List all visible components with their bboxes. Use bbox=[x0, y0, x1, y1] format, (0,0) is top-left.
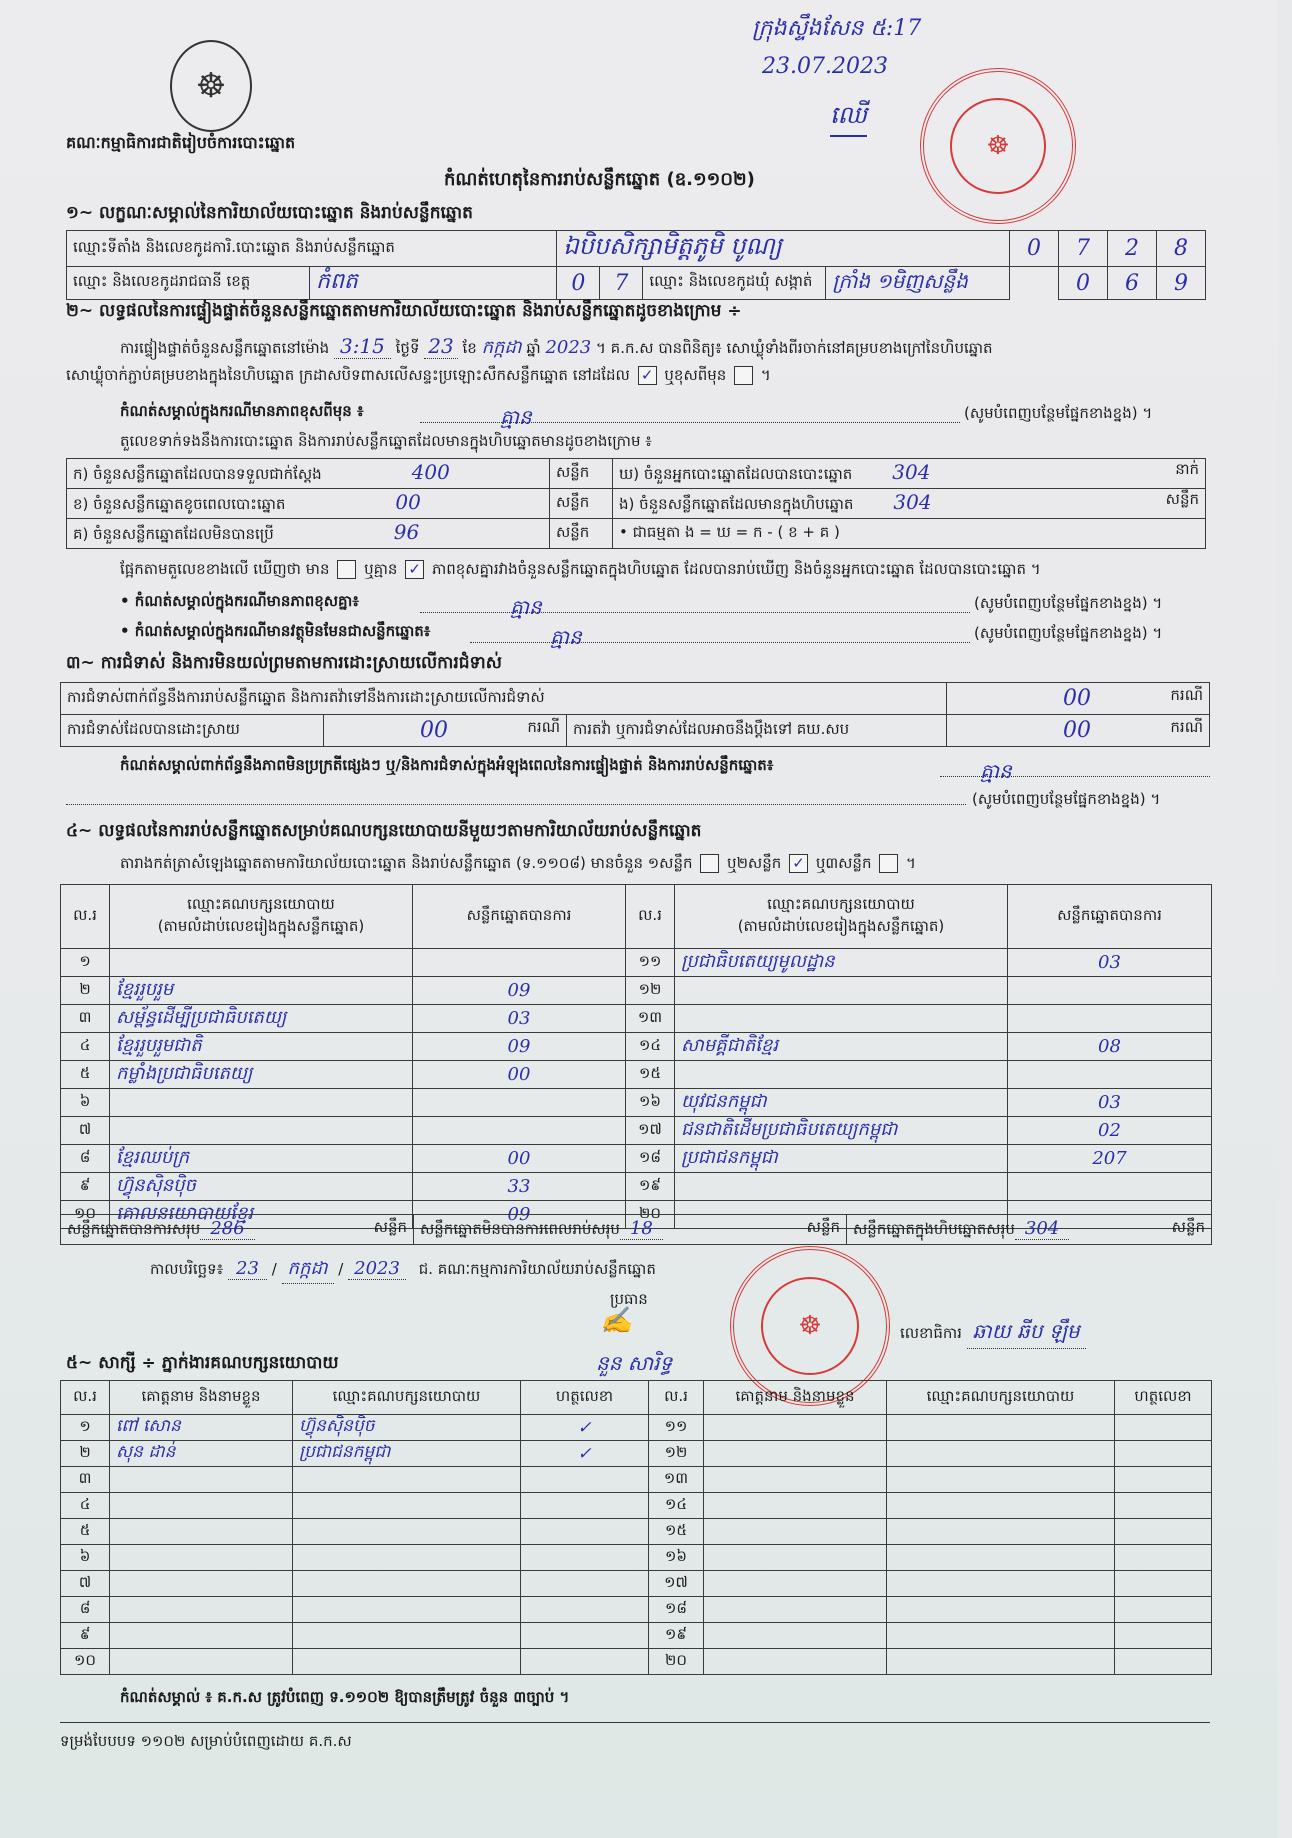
party-name[interactable] bbox=[110, 949, 413, 977]
col-party-header: ឈ្មោះគណបក្សនយោបាយ(តាមលំដាប់លេខរៀងក្នុងសន… bbox=[675, 885, 1008, 949]
party-results-table: ល.រ ឈ្មោះគណបក្សនយោបាយ(តាមលំដាប់លេខរៀងក្ន… bbox=[60, 884, 1212, 1229]
party-votes[interactable] bbox=[1008, 1005, 1212, 1033]
witness-no: ១៥ bbox=[649, 1519, 704, 1545]
witness-signature[interactable] bbox=[521, 1467, 649, 1493]
witness-party[interactable] bbox=[293, 1467, 521, 1493]
witness-col-sign: ហត្ថលេខា bbox=[1115, 1381, 1212, 1415]
station-code-digit: 8 bbox=[1157, 231, 1206, 267]
table-row: ៤១៤ bbox=[61, 1493, 1212, 1519]
resolved-cell: 00ករណី bbox=[324, 715, 567, 747]
appeal-cell: 00ករណី bbox=[947, 715, 1210, 747]
complaints-table: ការជំទាស់ពាក់ព័ន្ធនឹងការរាប់សន្លឹកឆ្នោត … bbox=[60, 682, 1210, 747]
verify-text: ថ្ងៃទី bbox=[396, 339, 420, 357]
witness-party[interactable] bbox=[887, 1467, 1115, 1493]
verification-statement: ការផ្ទៀងផ្ទាត់ចំនួនសន្លឹកឆ្នោតនៅម៉ោង 3:1… bbox=[120, 334, 1220, 362]
count-c-label: គ) ចំនួនសន្លឹកឆ្នោតដែលមិនបានប្រើ96 bbox=[67, 519, 550, 549]
party-name[interactable] bbox=[110, 1089, 413, 1117]
count-d-label: ឃ) ចំនួនអ្នកបោះឆ្នោតដែលបានបោះឆ្នោត304នាក… bbox=[613, 459, 1206, 489]
complaints-unit: ករណី bbox=[1170, 686, 1203, 708]
chair-name: នួន សារិទ្ធ bbox=[596, 1350, 672, 1380]
unchanged-checkbox[interactable]: ✓ bbox=[638, 366, 657, 385]
non-ballot-note-label: • កំណត់សម្គាល់ក្នុងករណីមានវត្ថុមិនមែនជាស… bbox=[120, 622, 430, 644]
commune-label: ឈ្មោះ និងលេខកូដឃុំ សង្កាត់ bbox=[643, 267, 826, 300]
complaints-label: ការជំទាស់ពាក់ព័ន្ធនឹងការរាប់សន្លឹកឆ្នោត … bbox=[61, 683, 947, 715]
witness-name[interactable]: សុន ដាន់ bbox=[110, 1441, 293, 1467]
three-sheets-checkbox[interactable] bbox=[879, 854, 898, 873]
party-votes[interactable]: 09 bbox=[413, 1033, 626, 1061]
no-difference-checkbox[interactable]: ✓ bbox=[405, 560, 424, 579]
witness-party[interactable] bbox=[293, 1571, 521, 1597]
complaints-value: 00 bbox=[1063, 686, 1091, 711]
witness-signature[interactable] bbox=[521, 1519, 649, 1545]
count-e-label: ង) ចំនួនសន្លឹកឆ្នោតដែលមានក្នុងហិបឆ្នោត30… bbox=[613, 489, 1206, 519]
witness-no: ៩ bbox=[61, 1623, 110, 1649]
irregularity-note-field[interactable]: គ្មាន bbox=[940, 758, 1210, 777]
witness-signature[interactable] bbox=[521, 1597, 649, 1623]
table-row: ១០២០ bbox=[61, 1649, 1212, 1675]
prior-difference-note-field[interactable]: គ្មាន bbox=[420, 404, 960, 423]
party-name[interactable] bbox=[110, 1117, 413, 1145]
witness-no: ១៣ bbox=[649, 1467, 704, 1493]
party-votes[interactable]: 09 bbox=[413, 977, 626, 1005]
party-votes[interactable]: 33 bbox=[413, 1173, 626, 1201]
witness-signature[interactable] bbox=[1115, 1493, 1212, 1519]
table-row: ៤ខ្មែររួបរួមជាតិ09១៤សាមគ្គីជាតិខ្មែរ08 bbox=[61, 1033, 1212, 1061]
commune-code-digit: 0 bbox=[1059, 267, 1108, 300]
tally-sheet-count: តារាងកត់ត្រាសំឡេងឆ្នោតតាមការិយាល័យបោះឆ្ន… bbox=[120, 854, 916, 876]
witness-no: ២០ bbox=[649, 1649, 704, 1675]
appeal-unit: ករណី bbox=[1170, 718, 1203, 740]
witness-party[interactable] bbox=[887, 1415, 1115, 1441]
difference-note-value: គ្មាន bbox=[510, 595, 542, 619]
signoff-committee: ជ. គណៈកម្មការការិយាល័យរាប់សន្លឹកឆ្នោត bbox=[419, 1260, 656, 1278]
commune-code-digit: 9 bbox=[1157, 267, 1206, 300]
table-row: ១ពៅ សោនហ៊្វុនស៊ិនប៉ិច✓១១ bbox=[61, 1415, 1212, 1441]
col-no-header: ល.រ bbox=[61, 885, 110, 949]
party-votes[interactable]: 03 bbox=[1008, 949, 1212, 977]
witness-signature[interactable] bbox=[1115, 1571, 1212, 1597]
witness-signature[interactable] bbox=[1115, 1441, 1212, 1467]
witness-no: ១៤ bbox=[649, 1493, 704, 1519]
form-title: កំណត់ហេតុនៃការរាប់សន្លឹកឆ្នោត (ឧ.១១០២) bbox=[444, 167, 755, 194]
totals-table: សន្លឹកឆ្នោតបានការសរុប286សន្លឹក សន្លឹកឆ្ន… bbox=[60, 1214, 1212, 1245]
witness-col-party: ឈ្មោះគណបក្សនយោបាយ bbox=[293, 1381, 521, 1415]
count-a-value: 400 bbox=[412, 460, 450, 484]
total-box-cell: សន្លឹកឆ្នោតក្នុងហិបឆ្នោតសរុប304សន្លឹក bbox=[847, 1215, 1212, 1245]
count-a-unit: សន្លឹក bbox=[550, 459, 613, 489]
secretary-line: លេខាធិការ ឆាយ ឆីប ឡឹម bbox=[900, 1318, 1086, 1349]
witness-name[interactable] bbox=[110, 1623, 293, 1649]
count-b-unit: សន្លឹក bbox=[550, 489, 613, 519]
verify-month: កក្កដា bbox=[482, 337, 522, 358]
party-votes[interactable]: 207 bbox=[1008, 1145, 1212, 1173]
witness-signature[interactable] bbox=[1115, 1597, 1212, 1623]
polling-station-name: ឯបិបសិក្សាមិត្តភូមិ បូណ្យ bbox=[557, 231, 1010, 267]
fill-hint: (សូមបំពេញបន្ថែមផ្នែកខាងខ្នង) ។ bbox=[974, 624, 1162, 646]
witness-party[interactable] bbox=[887, 1493, 1115, 1519]
witness-party[interactable] bbox=[293, 1545, 521, 1571]
counts-intro: តួលេខទាក់ទងនឹងការបោះឆ្នោត និងការរាប់សន្ល… bbox=[120, 432, 652, 454]
secretary-name: ឆាយ ឆីប ឡឹម bbox=[967, 1318, 1086, 1349]
witness-name[interactable] bbox=[110, 1467, 293, 1493]
province-name: កំពត bbox=[310, 267, 557, 300]
party-no: ៦ bbox=[61, 1089, 110, 1117]
party-name[interactable]: សាមគ្គីជាតិខ្មែរ bbox=[675, 1033, 1008, 1061]
witness-col-party: ឈ្មោះគណបក្សនយោបាយ bbox=[887, 1381, 1115, 1415]
prior-difference-note-value: គ្មាន bbox=[500, 405, 532, 429]
witness-name[interactable] bbox=[110, 1493, 293, 1519]
appeal-value: 00 bbox=[1063, 718, 1091, 743]
seal-emblem-icon: ☸ bbox=[761, 1277, 859, 1375]
irregularity-note-value: គ្មាន bbox=[980, 759, 1012, 783]
party-votes[interactable]: 00 bbox=[413, 1145, 626, 1173]
party-no: ១៥ bbox=[626, 1061, 675, 1089]
party-no: ៥ bbox=[61, 1061, 110, 1089]
witness-party[interactable] bbox=[293, 1649, 521, 1675]
party-name[interactable]: ហ៊្វុនស៊ិនប៉ិច bbox=[110, 1173, 413, 1201]
witness-name[interactable] bbox=[704, 1467, 887, 1493]
party-no: ១២ bbox=[626, 977, 675, 1005]
witness-signature[interactable] bbox=[1115, 1649, 1212, 1675]
witness-party[interactable] bbox=[887, 1545, 1115, 1571]
witness-name[interactable] bbox=[704, 1597, 887, 1623]
changed-label: ឬខុសពីមុន bbox=[664, 366, 726, 384]
witness-name[interactable]: ពៅ សោន bbox=[110, 1415, 293, 1441]
witness-no: ៤ bbox=[61, 1493, 110, 1519]
province-code-digit: 0 bbox=[557, 267, 600, 300]
province-label: ឈ្មោះ និងលេខកូដរាជធានី ខេត្ត bbox=[67, 267, 310, 300]
party-name[interactable] bbox=[675, 1173, 1008, 1201]
witness-party[interactable] bbox=[293, 1597, 521, 1623]
party-no: ១ bbox=[61, 949, 110, 977]
witness-signature[interactable] bbox=[1115, 1519, 1212, 1545]
total-valid-value: 286 bbox=[200, 1218, 254, 1240]
witness-signature[interactable] bbox=[521, 1493, 649, 1519]
party-votes[interactable]: 03 bbox=[1008, 1089, 1212, 1117]
has-difference-checkbox[interactable] bbox=[337, 560, 356, 579]
party-name[interactable]: ជនជាតិដើមប្រជាធិបតេយ្យកម្ពុជា bbox=[675, 1117, 1008, 1145]
table-row: ៩១៩ bbox=[61, 1623, 1212, 1649]
table-row: ៨១៨ bbox=[61, 1597, 1212, 1623]
count-d-value: 304 bbox=[892, 460, 930, 484]
party-votes[interactable] bbox=[413, 1117, 626, 1145]
footer-divider bbox=[60, 1722, 1210, 1723]
party-name[interactable] bbox=[675, 1005, 1008, 1033]
party-name[interactable] bbox=[675, 977, 1008, 1005]
date-month: កក្កដា bbox=[282, 1256, 334, 1284]
col-no-header: ល.រ bbox=[626, 885, 675, 949]
section3-title: ៣~ ការជំទាស់ និងការមិនយល់ព្រមតាមការដោះស្… bbox=[66, 652, 502, 677]
witness-party[interactable] bbox=[887, 1441, 1115, 1467]
witness-name[interactable] bbox=[110, 1597, 293, 1623]
witness-no: ១២ bbox=[649, 1441, 704, 1467]
handwritten-date: 23.07.2023 bbox=[762, 54, 888, 79]
count-c-value: 96 bbox=[394, 520, 419, 544]
two-sheets-checkbox[interactable]: ✓ bbox=[789, 854, 808, 873]
witness-name[interactable] bbox=[704, 1623, 887, 1649]
verify-text: ខែ bbox=[463, 339, 477, 357]
party-name[interactable]: ខ្មែររួបរួមជាតិ bbox=[110, 1033, 413, 1061]
witness-no: ២ bbox=[61, 1441, 110, 1467]
tally-text: តារាងកត់ត្រាសំឡេងឆ្នោតតាមការិយាល័យបោះឆ្ន… bbox=[120, 854, 692, 872]
witness-no: ១១ bbox=[649, 1415, 704, 1441]
province-code-digit: 7 bbox=[600, 267, 643, 300]
table-row: ២ខ្មែររួបរួម09១២ bbox=[61, 977, 1212, 1005]
table-row: ៧១៧ជនជាតិដើមប្រជាធិបតេយ្យកម្ពុជា02 bbox=[61, 1117, 1212, 1145]
witness-party[interactable] bbox=[887, 1597, 1115, 1623]
party-no: ១៣ bbox=[626, 1005, 675, 1033]
witness-party[interactable] bbox=[293, 1623, 521, 1649]
difference-text: ផ្អែកតាមតួលេខខាងលើ ឃើញថា មាន bbox=[120, 560, 330, 578]
verify-line2-text: សោឃ្លុំចាក់ភ្ជាប់គម្របខាងក្នុងនៃហិបឆ្នោត… bbox=[66, 366, 630, 384]
witness-party[interactable] bbox=[293, 1519, 521, 1545]
witness-party[interactable] bbox=[887, 1519, 1115, 1545]
witness-col-name: គោត្តនាម និងនាមខ្លួន bbox=[704, 1381, 887, 1415]
witness-col-no: ល.រ bbox=[61, 1381, 110, 1415]
irregularity-note-label: កំណត់សម្គាល់ពាក់ព័ន្ធនឹងភាពមិនប្រក្រតីផ្… bbox=[120, 756, 773, 778]
party-no: ១៨ bbox=[626, 1145, 675, 1173]
witness-party[interactable] bbox=[887, 1649, 1115, 1675]
non-ballot-note-value: គ្មាន bbox=[550, 625, 582, 649]
station-code-digit: 0 bbox=[1010, 231, 1059, 267]
party-votes[interactable] bbox=[413, 949, 626, 977]
witness-signature[interactable] bbox=[521, 1623, 649, 1649]
fill-hint: (សូមបំពេញបន្ថែមផ្នែកខាងខ្នង) ។ bbox=[974, 594, 1162, 616]
party-no: ៣ bbox=[61, 1005, 110, 1033]
witness-name[interactable] bbox=[704, 1415, 887, 1441]
table-row: ២សុន ដាន់ប្រជាជនកម្ពុជា✓១២ bbox=[61, 1441, 1212, 1467]
count-b-value: 00 bbox=[395, 490, 420, 514]
count-d-unit: នាក់ bbox=[1175, 460, 1199, 482]
station-code-digit: 2 bbox=[1108, 231, 1157, 267]
witness-party[interactable] bbox=[293, 1493, 521, 1519]
prior-difference-note-label: កំណត់សម្គាល់ក្នុងករណីមានភាពខុសពីមុន ៖ bbox=[120, 402, 364, 424]
two-sheets-label: ឬ២សន្លឹក bbox=[727, 854, 781, 872]
witness-no: ១០ bbox=[61, 1649, 110, 1675]
party-name[interactable] bbox=[675, 1061, 1008, 1089]
witness-name[interactable] bbox=[110, 1649, 293, 1675]
witness-party[interactable]: ហ៊្វុនស៊ិនប៉ិច bbox=[293, 1415, 521, 1441]
commune-name: ក្រាំង ១មិញសន្លឹង bbox=[826, 267, 1010, 300]
footnote: កំណត់សម្គាល់ ៖ គ.ក.ស ត្រូវបំពេញ ទ.១១០២ ឱ… bbox=[120, 1688, 569, 1710]
date-day: 23 bbox=[228, 1258, 267, 1280]
commune-code-digit: 6 bbox=[1108, 267, 1157, 300]
one-sheet-checkbox[interactable] bbox=[700, 854, 719, 873]
party-name[interactable]: កម្លាំងប្រជាធិបតេយ្យ bbox=[110, 1061, 413, 1089]
section1-title: ១~ លក្ខណៈសម្គាល់នៃការិយាល័យបោះឆ្នោត និងរ… bbox=[66, 202, 473, 227]
resolved-label: ការជំទាស់ដែលបានដោះស្រាយ bbox=[61, 715, 324, 747]
verify-text: ការផ្ទៀងផ្ទាត់ចំនួនសន្លឹកឆ្នោតនៅម៉ោង bbox=[120, 339, 329, 357]
party-no: ៧ bbox=[61, 1117, 110, 1145]
party-no: ១៤ bbox=[626, 1033, 675, 1061]
irregularity-note-line2[interactable] bbox=[66, 790, 966, 805]
witness-no: ៣ bbox=[61, 1467, 110, 1493]
total-invalid-value: 18 bbox=[620, 1218, 663, 1240]
witness-col-sign: ហត្ថលេខា bbox=[521, 1381, 649, 1415]
party-name[interactable]: ប្រជាធិបតេយ្យមូលដ្ឋាន bbox=[675, 949, 1008, 977]
appeal-label: ការតវ៉ា ឬការជំទាស់ដែលអាចនឹងប្តឹងទៅ គឃ.សប bbox=[567, 715, 947, 747]
witness-name[interactable] bbox=[110, 1519, 293, 1545]
table-row: ៩ហ៊្វុនស៊ិនប៉ិច33១៩ bbox=[61, 1173, 1212, 1201]
party-votes[interactable]: 08 bbox=[1008, 1033, 1212, 1061]
witness-name[interactable] bbox=[704, 1571, 887, 1597]
party-no: ៨ bbox=[61, 1145, 110, 1173]
formula: • ជាធម្មតា ង = ឃ = ក - ( ខ + គ ) bbox=[613, 519, 1206, 549]
party-name[interactable]: សម្ព័ន្ធដើម្បីប្រជាធិបតេយ្យ bbox=[110, 1005, 413, 1033]
table-row: ៦១៦ bbox=[61, 1545, 1212, 1571]
witness-name[interactable] bbox=[704, 1519, 887, 1545]
authority-name: គណៈកម្មាធិការជាតិរៀបចំការបោះឆ្នោត bbox=[66, 132, 295, 156]
fill-hint: (សូមបំពេញបន្ថែមផ្នែកខាងខ្នង) ។ bbox=[964, 404, 1152, 426]
date-year: 2023 bbox=[348, 1258, 406, 1280]
verify-time: 3:15 bbox=[334, 334, 391, 359]
signoff-date: កាលបរិច្ឆេទ៖ 23 / កក្កដា / 2023 ជ. គណៈកម… bbox=[150, 1256, 656, 1284]
form-footer-note: ទម្រង់បែបបទ ១១០២ សម្រាប់បំពេញដោយ គ.ក.ស bbox=[60, 1732, 352, 1754]
polling-station-label: ឈ្មោះទីតាំង និងលេខកូដការិ.បោះឆ្នោត និងរា… bbox=[67, 231, 557, 267]
witness-signature[interactable] bbox=[1115, 1623, 1212, 1649]
witness-no: ១៧ bbox=[649, 1571, 704, 1597]
section1-table: ឈ្មោះទីតាំង និងលេខកូដការិ.បោះឆ្នោត និងរា… bbox=[66, 230, 1206, 300]
non-ballot-note-field[interactable]: គ្មាន bbox=[470, 624, 970, 643]
party-votes[interactable] bbox=[1008, 1173, 1212, 1201]
table-row: ៣១៣ bbox=[61, 1467, 1212, 1493]
election-form-page: ☸ គណៈកម្មាធិការជាតិរៀបចំការបោះឆ្នោត ក្រុ… bbox=[0, 0, 1278, 1838]
difference-statement: ផ្អែកតាមតួលេខខាងលើ ឃើញថា មាន ឬគ្មាន ✓ ភា… bbox=[120, 560, 1041, 582]
witness-name[interactable] bbox=[704, 1545, 887, 1571]
witness-signature[interactable] bbox=[1115, 1415, 1212, 1441]
witness-no: ១៩ bbox=[649, 1623, 704, 1649]
party-votes[interactable] bbox=[413, 1089, 626, 1117]
party-votes[interactable]: 03 bbox=[413, 1005, 626, 1033]
witness-name[interactable] bbox=[110, 1571, 293, 1597]
party-name[interactable]: ប្រជាជនកម្ពុជា bbox=[675, 1145, 1008, 1173]
three-sheets-label: ឬ៣សន្លឹក bbox=[816, 854, 872, 872]
witness-signature[interactable] bbox=[1115, 1467, 1212, 1493]
witness-name[interactable] bbox=[704, 1441, 887, 1467]
col-votes-header: សន្លឹកឆ្នោតបានការ bbox=[1008, 885, 1212, 949]
section4-title: ៤~ លទ្ធផលនៃការរាប់សន្លឹកឆ្នោតសម្រាប់គណបក… bbox=[66, 820, 701, 845]
station-code-digit: 7 bbox=[1059, 231, 1108, 267]
difference-text: ភាពខុសគ្នារវាងចំនួនសន្លឹកឆ្នោតក្នុងហិបឆ្… bbox=[432, 560, 1041, 578]
count-e-unit: សន្លឹក bbox=[1166, 490, 1199, 512]
witness-signature[interactable]: ✓ bbox=[521, 1441, 649, 1467]
table-row: ៨ខ្មែរឈប់ក្រ00១៨ប្រជាជនកម្ពុជា207 bbox=[61, 1145, 1212, 1173]
party-no: ១៩ bbox=[626, 1173, 675, 1201]
verify-text: ។ គ.ក.ស បានពិនិត្យ៖ សោឃ្លុំទាំងពីរចាក់នៅ… bbox=[596, 339, 993, 357]
count-c-unit: សន្លឹក bbox=[550, 519, 613, 549]
party-name[interactable]: ខ្មែរឈប់ក្រ bbox=[110, 1145, 413, 1173]
party-votes[interactable]: 02 bbox=[1008, 1117, 1212, 1145]
witness-signature[interactable] bbox=[521, 1649, 649, 1675]
complaints-cell: 00ករណី bbox=[947, 683, 1210, 715]
party-no: ២ bbox=[61, 977, 110, 1005]
witness-no: ៥ bbox=[61, 1519, 110, 1545]
witness-col-no: ល.រ bbox=[649, 1381, 704, 1415]
verify-text: ឆ្នាំ bbox=[526, 339, 540, 357]
witness-party[interactable] bbox=[887, 1623, 1115, 1649]
resolved-unit: ករណី bbox=[527, 718, 560, 740]
table-row: ៧១៧ bbox=[61, 1571, 1212, 1597]
count-b-label: ខ) ចំនួនសន្លឹកឆ្នោតខូចពេលបោះឆ្នោត00 bbox=[67, 489, 550, 519]
chair-signature: ✍ bbox=[600, 1306, 632, 1336]
witness-name[interactable] bbox=[704, 1493, 887, 1519]
official-seal-stamp-top: ☸ bbox=[920, 68, 1076, 224]
witness-no: ៦ bbox=[61, 1545, 110, 1571]
witness-signature[interactable] bbox=[521, 1571, 649, 1597]
witness-no: ១៨ bbox=[649, 1597, 704, 1623]
handwritten-signature: ឈើ bbox=[830, 100, 867, 137]
handwritten-note: ក្រុង​ស្ទឹង​សែន ៥:17 bbox=[752, 14, 921, 46]
party-no: ៤ bbox=[61, 1033, 110, 1061]
party-no: ១៧ bbox=[626, 1117, 675, 1145]
witness-name[interactable] bbox=[704, 1649, 887, 1675]
witness-no: ១ bbox=[61, 1415, 110, 1441]
witness-no: ៨ bbox=[61, 1597, 110, 1623]
witness-signature[interactable] bbox=[1115, 1545, 1212, 1571]
witness-party[interactable] bbox=[887, 1571, 1115, 1597]
section5-title: ៥~ សាក្សី ÷ ភ្នាក់ងារគណបក្សនយោបាយ bbox=[66, 1352, 339, 1377]
total-box-value: 304 bbox=[1015, 1218, 1069, 1240]
table-row: ៥កម្លាំងប្រជាធិបតេយ្យ00១៥ bbox=[61, 1061, 1212, 1089]
total-valid-cell: សន្លឹកឆ្នោតបានការសរុប286សន្លឹក bbox=[61, 1215, 414, 1245]
col-votes-header: សន្លឹកឆ្នោតបានការ bbox=[413, 885, 626, 949]
section2-title: ២~ លទ្ធផលនៃការផ្ទៀងផ្ទាត់ចំនួនសន្លឹកឆ្នោ… bbox=[66, 300, 742, 325]
secretary-label: លេខាធិការ bbox=[900, 1324, 962, 1342]
changed-checkbox[interactable] bbox=[734, 366, 753, 385]
seal-emblem-icon: ☸ bbox=[950, 98, 1046, 194]
table-row: ៣សម្ព័ន្ធដើម្បីប្រជាធិបតេយ្យ03១៣ bbox=[61, 1005, 1212, 1033]
table-row: ១១១ប្រជាធិបតេយ្យមូលដ្ឋាន03 bbox=[61, 949, 1212, 977]
difference-note-field[interactable]: គ្មាន bbox=[420, 594, 970, 613]
count-a-label: ក) ចំនួនសន្លឹកឆ្នោតដែលបានទទួលជាក់ស្តែង40… bbox=[67, 459, 550, 489]
party-votes[interactable]: 00 bbox=[413, 1061, 626, 1089]
party-votes[interactable] bbox=[1008, 1061, 1212, 1089]
witness-signature[interactable] bbox=[521, 1545, 649, 1571]
verify-day: 23 bbox=[424, 334, 457, 359]
witness-signature[interactable]: ✓ bbox=[521, 1415, 649, 1441]
resolved-value: 00 bbox=[420, 718, 448, 743]
witness-no: ៧ bbox=[61, 1571, 110, 1597]
witness-no: ១៦ bbox=[649, 1545, 704, 1571]
party-no: ១១ bbox=[626, 949, 675, 977]
witness-party[interactable]: ប្រជាជនកម្ពុជា bbox=[293, 1441, 521, 1467]
witness-col-name: គោត្តនាម និងនាមខ្លួន bbox=[110, 1381, 293, 1415]
witness-name[interactable] bbox=[110, 1545, 293, 1571]
party-no: ៩ bbox=[61, 1173, 110, 1201]
table-row: ៦១៦យុវជនកម្ពុជា03 bbox=[61, 1089, 1212, 1117]
col-party-header: ឈ្មោះគណបក្សនយោបាយ(តាមលំដាប់លេខរៀងក្នុងសន… bbox=[110, 885, 413, 949]
ballot-counts-table: ក) ចំនួនសន្លឹកឆ្នោតដែលបានទទួលជាក់ស្តែង40… bbox=[66, 458, 1206, 549]
difference-text: ឬគ្មាន bbox=[364, 560, 397, 578]
fill-hint: (សូមបំពេញបន្ថែមផ្នែកខាងខ្នង) ។ bbox=[972, 790, 1160, 812]
count-e-value: 304 bbox=[893, 490, 931, 514]
party-votes[interactable] bbox=[1008, 977, 1212, 1005]
party-no: ១៦ bbox=[626, 1089, 675, 1117]
party-name[interactable]: យុវជនកម្ពុជា bbox=[675, 1089, 1008, 1117]
table-row: ៥១៥ bbox=[61, 1519, 1212, 1545]
witness-table: ល.រ គោត្តនាម និងនាមខ្លួន ឈ្មោះគណបក្សនយោប… bbox=[60, 1380, 1212, 1675]
difference-note-label: • កំណត់សម្គាល់ក្នុងករណីមានភាពខុសគ្នា៖ bbox=[120, 592, 359, 614]
verify-year: 2023 bbox=[545, 337, 591, 358]
total-invalid-cell: សន្លឹកឆ្នោតមិនបានការពេលរាប់សរុប18សន្លឹក bbox=[414, 1215, 847, 1245]
party-name[interactable]: ខ្មែររួបរួម bbox=[110, 977, 413, 1005]
national-election-committee-logo: ☸ bbox=[170, 40, 252, 132]
verification-statement-line2: សោឃ្លុំចាក់ភ្ជាប់គម្របខាងក្នុងនៃហិបឆ្នោត… bbox=[66, 366, 771, 388]
